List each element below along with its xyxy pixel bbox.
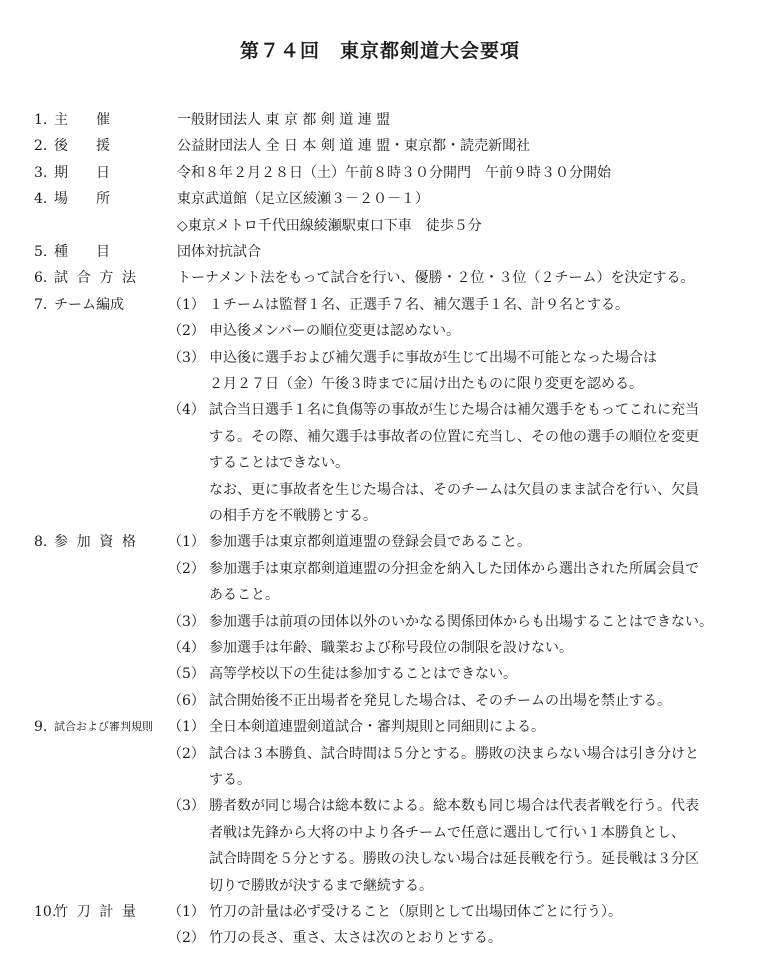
section-number: 8. <box>34 529 47 555</box>
list-item-marker: （6） <box>168 688 205 714</box>
list-item-text: なお、更に事故者を生じた場合は、そのチームは欠員のまま試合を行い、欠員 <box>209 477 699 503</box>
list-item-text: 申込後メンバーの順位変更は認めない。 <box>209 318 460 344</box>
section-label: 種 目 <box>54 239 110 265</box>
section-line: 3.期 日令和８年２月２８日（土）午前８時３０分開門 午前９時３０分開始 <box>0 160 760 186</box>
section-text: 令和８年２月２８日（土）午前８時３０分開門 午前９時３０分開始 <box>177 160 611 186</box>
list-item-line: （3）勝者数が同じ場合は総本数による。総本数も同じ場合は代表者戦を行う。代表 <box>0 793 760 819</box>
list-item-marker: （1） <box>168 714 205 740</box>
list-item-marker: （2） <box>168 556 205 582</box>
list-item-text: 参加選手は東京都剣道連盟の登録会員であること。 <box>209 529 531 555</box>
section-text: 公益財団法人 全 日 本 剣 道 連 盟・東京都・読売新聞社 <box>177 133 530 159</box>
section-label: 試合および審判規則 <box>54 714 153 740</box>
list-item-marker: （2） <box>168 741 205 767</box>
list-item-line: することはできない。 <box>0 450 760 476</box>
label-char: 合 <box>77 265 91 291</box>
label-char: 法 <box>122 265 136 291</box>
list-item-text: の相手方を不戦勝とする。 <box>209 503 377 529</box>
list-item-line: 8.参加資格（1）参加選手は東京都剣道連盟の登録会員であること。 <box>0 529 760 555</box>
section-number: 10. <box>34 899 56 925</box>
list-item-text: 切りで勝敗が決するまで継続する。 <box>209 873 433 899</box>
list-item-text: 参加選手は前項の団体以外のいかなる関係団体からも出場することはできない。 <box>209 609 713 635</box>
section-label: 場 所 <box>54 186 110 212</box>
section-label: チーム編成 <box>54 292 124 318</box>
section-number: 6. <box>34 265 47 291</box>
list-item-line: する。その際、補欠選手は事故者の位置に充当し、その他の選手の順位を変更 <box>0 424 760 450</box>
list-item-line: （4）参加選手は年齢、職業および称号段位の制限を設けない。 <box>0 635 760 661</box>
list-item-text: 試合時間を５分とする。勝敗の決しない場合は延長戦を行う。延長戦は３分区 <box>209 846 699 872</box>
list-item-line: （3）参加選手は前項の団体以外のいかなる関係団体からも出場することはできない。 <box>0 609 760 635</box>
section-label: 主 催 <box>54 107 110 133</box>
list-item-marker: （3） <box>168 793 205 819</box>
list-item-marker: （2） <box>168 318 205 344</box>
list-item-text: あること。 <box>209 582 279 608</box>
list-item-line: （2）申込後メンバーの順位変更は認めない。 <box>0 318 760 344</box>
label-char: 試 <box>54 265 68 291</box>
section-line: ◇東京メトロ千代田線綾瀬駅東口下車 徒歩５分 <box>0 213 760 239</box>
list-item-marker: （1） <box>168 899 205 925</box>
list-item-marker: （1） <box>168 529 205 555</box>
section-text: ◇東京メトロ千代田線綾瀬駅東口下車 徒歩５分 <box>177 213 482 239</box>
list-item-marker: （3） <box>168 609 205 635</box>
label-char: 方 <box>99 265 113 291</box>
list-item-marker: （1） <box>168 292 205 318</box>
section-line: 1.主 催一般財団法人 東 京 都 剣 道 連 盟 <box>0 107 760 133</box>
list-item-text: 試合開始後不正出場者を発見した場合は、そのチームの出場を禁止する。 <box>209 688 671 714</box>
list-item-text: １チームは監督１名、正選手７名、補欠選手１名、計９名とする。 <box>209 292 629 318</box>
list-item-line: 者戦は先鋒から大将の中より各チームで任意に選出して行い１本勝負とし、 <box>0 820 760 846</box>
list-item-line: 9.試合および審判規則（1）全日本剣道連盟剣道試合・審判規則と同細則による。 <box>0 714 760 740</box>
section-text: 東京武道館（足立区綾瀬３－２０－１） <box>177 186 429 212</box>
label-char: 格 <box>122 529 136 555</box>
list-item-line: 切りで勝敗が決するまで継続する。 <box>0 873 760 899</box>
list-item-line: なお、更に事故者を生じた場合は、そのチームは欠員のまま試合を行い、欠員 <box>0 477 760 503</box>
section-label: 期 日 <box>54 160 110 186</box>
label-char: 刀 <box>77 899 91 925</box>
list-item-line: あること。 <box>0 582 760 608</box>
list-item-text: 試合当日選手１名に負傷等の事故が生じた場合は補欠選手をもってこれに充当 <box>209 397 699 423</box>
list-item-line: （5）高等学校以下の生徒は参加することはできない。 <box>0 661 760 687</box>
list-item-text: 参加選手は年齢、職業および称号段位の制限を設けない。 <box>209 635 573 661</box>
list-item-text: ２月２７日（金）午後３時までに届け出たものに限り変更を認める。 <box>209 371 643 397</box>
section-text: トーナメント法をもって試合を行い、優勝・２位・３位（２チーム）を決定する。 <box>177 265 694 291</box>
list-item-marker: （2） <box>168 925 205 951</box>
label-char: 参 <box>54 529 68 555</box>
list-item-text: 高等学校以下の生徒は参加することはできない。 <box>209 661 517 687</box>
list-item-marker: （5） <box>168 661 205 687</box>
section-number: 5. <box>34 239 47 265</box>
list-item-text: 参加選手は東京都剣道連盟の分担金を納入した団体から選出された所属会員で <box>209 556 699 582</box>
label-char: 計 <box>99 899 113 925</box>
list-item-text: することはできない。 <box>209 450 349 476</box>
list-item-text: 勝者数が同じ場合は総本数による。総本数も同じ場合は代表者戦を行う。代表 <box>209 793 699 819</box>
section-line: 6.試合方法トーナメント法をもって試合を行い、優勝・２位・３位（２チーム）を決定… <box>0 265 760 291</box>
list-item-marker: （3） <box>168 345 205 371</box>
list-item-line: （2）試合は３本勝負、試合時間は５分とする。勝敗の決まらない場合は引き分けと <box>0 741 760 767</box>
section-number: 1. <box>34 107 47 133</box>
list-item-text: 竹刀の長さ、重さ、太さは次のとおりとする。 <box>209 925 502 951</box>
section-label: 参加資格 <box>54 529 136 555</box>
section-label: 竹刀計量 <box>54 899 136 925</box>
section-number: 9. <box>34 714 47 740</box>
list-item-text: 竹刀の計量は必ず受けること（原則として出場団体ごとに行う）。 <box>209 899 622 925</box>
list-item-line: （2）竹刀の長さ、重さ、太さは次のとおりとする。 <box>0 925 760 951</box>
list-item-marker: （4） <box>168 635 205 661</box>
section-number: 7. <box>34 292 47 318</box>
section-line: 4.場 所東京武道館（足立区綾瀬３－２０－１） <box>0 186 760 212</box>
list-item-line: の相手方を不戦勝とする。 <box>0 503 760 529</box>
section-number: 3. <box>34 160 47 186</box>
list-item-line: （2）参加選手は東京都剣道連盟の分担金を納入した団体から選出された所属会員で <box>0 556 760 582</box>
label-char: 竹 <box>54 899 68 925</box>
list-item-text: 全日本剣道連盟剣道試合・審判規則と同細則による。 <box>209 714 545 740</box>
section-number: 2. <box>34 133 47 159</box>
label-char: 量 <box>122 899 136 925</box>
list-item-text: 試合は３本勝負、試合時間は５分とする。勝敗の決まらない場合は引き分けと <box>209 741 699 767</box>
section-line: 5.種 目団体対抗試合 <box>0 239 760 265</box>
list-item-text: 者戦は先鋒から大将の中より各チームで任意に選出して行い１本勝負とし、 <box>209 820 685 846</box>
list-item-text: する。その際、補欠選手は事故者の位置に充当し、その他の選手の順位を変更 <box>209 424 699 450</box>
list-item-line: （6）試合開始後不正出場者を発見した場合は、そのチームの出場を禁止する。 <box>0 688 760 714</box>
label-char: 加 <box>77 529 91 555</box>
section-label: 後 援 <box>54 133 110 159</box>
list-item-line: 試合時間を５分とする。勝敗の決しない場合は延長戦を行う。延長戦は３分区 <box>0 846 760 872</box>
list-item-line: 7.チーム編成（1）１チームは監督１名、正選手７名、補欠選手１名、計９名とする。 <box>0 292 760 318</box>
page-title: 第７４回 東京都剣道大会要項 <box>0 36 760 63</box>
list-item-line: （3）申込後に選手および補欠選手に事故が生じて出場不可能となった場合は <box>0 345 760 371</box>
section-number: 4. <box>34 186 47 212</box>
list-item-text: 申込後に選手および補欠選手に事故が生じて出場不可能となった場合は <box>209 345 657 371</box>
list-item-marker: （4） <box>168 397 205 423</box>
section-line: 2.後 援公益財団法人 全 日 本 剣 道 連 盟・東京都・読売新聞社 <box>0 133 760 159</box>
section-label: 試合方法 <box>54 265 136 291</box>
list-item-line: する。 <box>0 767 760 793</box>
list-item-line: 10.竹刀計量（1）竹刀の計量は必ず受けること（原則として出場団体ごとに行う）。 <box>0 899 760 925</box>
list-item-line: （4）試合当日選手１名に負傷等の事故が生じた場合は補欠選手をもってこれに充当 <box>0 397 760 423</box>
list-item-text: する。 <box>209 767 251 793</box>
section-text: 団体対抗試合 <box>177 239 261 265</box>
label-char: 資 <box>99 529 113 555</box>
section-text: 一般財団法人 東 京 都 剣 道 連 盟 <box>177 107 390 133</box>
list-item-line: ２月２７日（金）午後３時までに届け出たものに限り変更を認める。 <box>0 371 760 397</box>
